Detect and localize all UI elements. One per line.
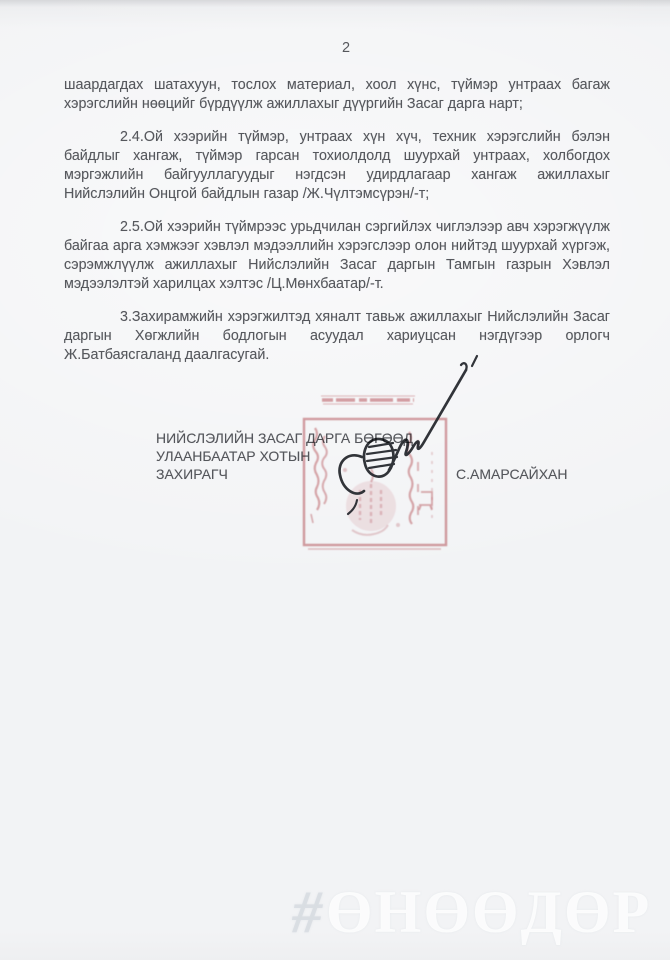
- paragraph-2-5: 2.5.Ой хээрийн түймрээс урьдчилан сэргий…: [64, 218, 610, 294]
- signatory-title-line-2: УЛААНБААТАР ХОТЫН: [156, 447, 596, 465]
- paragraph-continuation: шаардагдах шатахуун, тослох материал, хо…: [64, 76, 610, 114]
- watermark-hash-symbol: #: [292, 879, 324, 945]
- document-body: шаардагдах шатахуун, тослох материал, хо…: [64, 76, 610, 379]
- paragraph-3: 3.Захирамжийн хэрэгжилтэд хяналт тавьж а…: [64, 308, 610, 365]
- scanned-document-page: 2 шаардагдах шатахуун, тослох материал, …: [0, 0, 670, 960]
- signatory-name: С.АМАРСАЙХАН: [456, 465, 568, 483]
- watermark-logo: #ӨНӨӨДӨР: [292, 882, 651, 942]
- paragraph-2-4: 2.4.Ой хээрийн түймэр, унтраах хүн хүч, …: [64, 128, 610, 204]
- signature-block: НИЙСЛЭЛИЙН ЗАСАГ ДАРГА БӨГӨӨД УЛААНБААТА…: [156, 429, 596, 483]
- signatory-title-line-1: НИЙСЛЭЛИЙН ЗАСАГ ДАРГА БӨГӨӨД: [156, 429, 596, 447]
- watermark-brand-text: ӨНӨӨДӨР: [326, 879, 651, 945]
- page-number: 2: [0, 40, 670, 56]
